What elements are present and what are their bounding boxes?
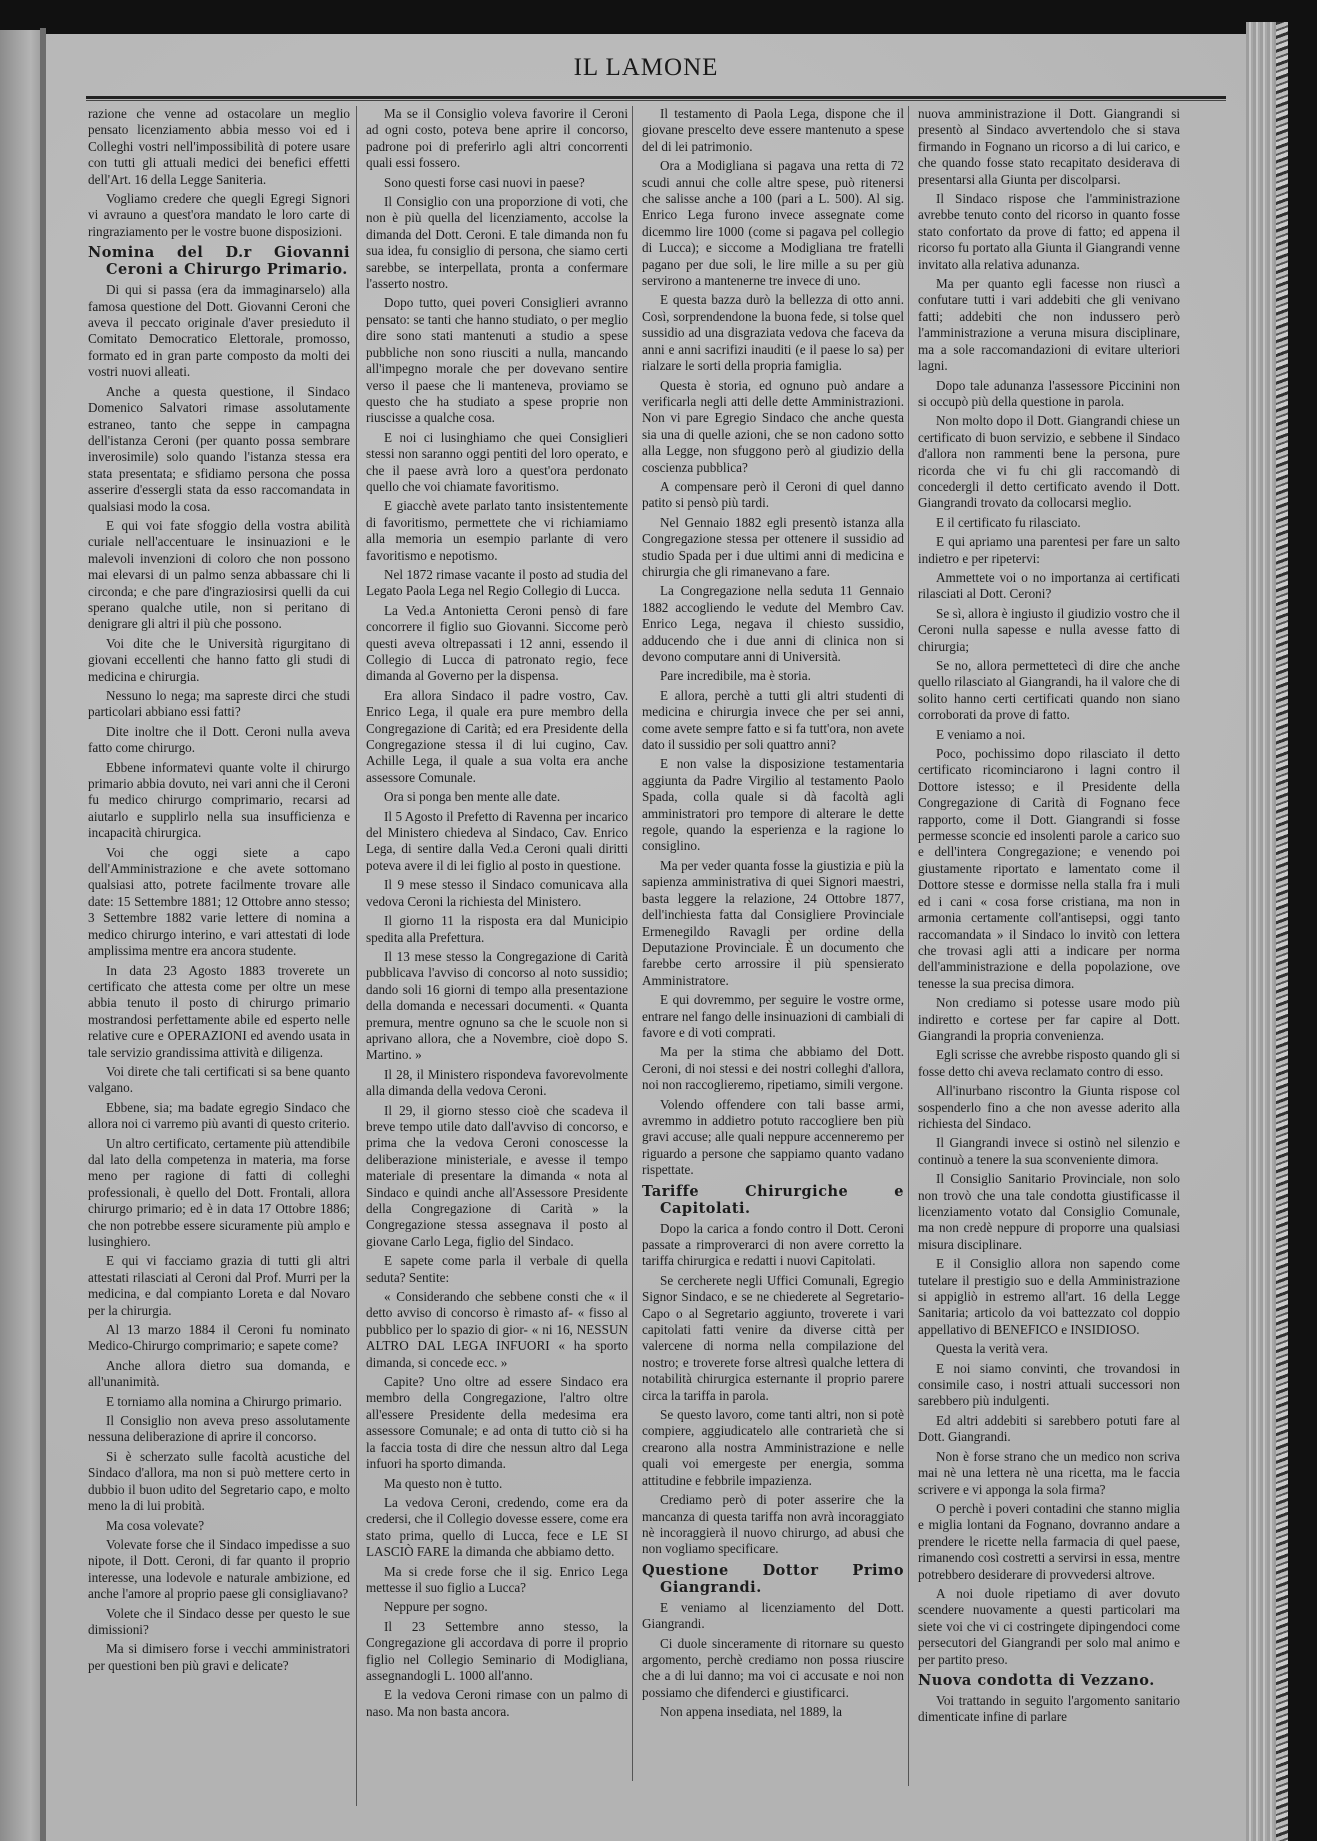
column-divider	[632, 106, 633, 1781]
paragraph: Volendo offendere con tali basse armi, a…	[642, 1097, 904, 1179]
paragraph: Neppure per sogno.	[366, 1599, 628, 1615]
paragraph: In data 23 Agosto 1883 troverete un cert…	[88, 963, 350, 1061]
paragraph: E questa bazza durò la bellezza di otto …	[642, 292, 904, 374]
paragraph: E veniamo al licenziamento del Dott. Gia…	[642, 1600, 904, 1633]
paragraph: Non crediamo si potesse usare modo più i…	[918, 995, 1180, 1044]
paragraph: Ora si ponga ben mente alle date.	[366, 789, 628, 805]
paragraph: razione che venne ad ostacolare un megli…	[88, 106, 350, 188]
paragraph: Di qui si passa (era da immaginarselo) a…	[88, 282, 350, 380]
paragraph: Ora a Modigliana si pagava una retta di …	[642, 158, 904, 289]
section-heading: Nuova condotta di Vezzano.	[918, 1672, 1180, 1689]
column-2: Ma se il Consiglio voleva favorire il Ce…	[366, 106, 628, 1723]
paragraph: Voi trattando in seguito l'argomento san…	[918, 1693, 1180, 1726]
paragraph: All'inurbano riscontro la Giunta rispose…	[918, 1083, 1180, 1132]
facing-page-edge	[0, 30, 44, 1841]
paragraph: Il Consiglio Sanitario Provinciale, non …	[918, 1171, 1180, 1253]
section-heading: Nomina del D.r Giovanni Ceroni a Chirurg…	[88, 244, 350, 278]
paragraph: O perchè i poveri contadini che stanno m…	[918, 1501, 1180, 1583]
paragraph: Ebbene informatevi quante volte il chiru…	[88, 760, 350, 842]
paragraph: Era allora Sindaco il padre vostro, Cav.…	[366, 688, 628, 786]
paragraph: E qui dovremmo, per seguire le vostre or…	[642, 992, 904, 1041]
paragraph: Il testamento di Paola Lega, dispone che…	[642, 106, 904, 155]
paragraph: E giacchè avete parlato tanto insistente…	[366, 498, 628, 564]
paragraph: Ammettete voi o no importanza ai certifi…	[918, 570, 1180, 603]
paragraph: Dite inoltre che il Dott. Ceroni nulla a…	[88, 724, 350, 757]
paragraph: Ma per quanto egli facesse non riuscì a …	[918, 276, 1180, 374]
paragraph: Se questo lavoro, come tanti altri, non …	[642, 1407, 904, 1489]
paragraph: E il Consiglio allora non sapendo come t…	[918, 1256, 1180, 1338]
paragraph: E torniamo alla nomina a Chirurgo primar…	[88, 1394, 350, 1410]
section-heading: Questione Dottor Primo Giangrandi.	[642, 1562, 904, 1596]
marbled-book-edge	[1276, 22, 1288, 1841]
paragraph: Capite? Uno oltre ad essere Sindaco era …	[366, 1374, 628, 1472]
paragraph: E qui vi facciamo grazia di tutti gli al…	[88, 1253, 350, 1319]
paragraph: Nel Gennaio 1882 egli presentò istanza a…	[642, 515, 904, 581]
section-heading: Tariffe Chirurgiche e Capitolati.	[642, 1183, 904, 1217]
paragraph: Il Consiglio con una proporzione di voti…	[366, 194, 628, 292]
paragraph: E sapete come parla il verbale di quella…	[366, 1253, 628, 1286]
paragraph: E non valse la disposizione testamentari…	[642, 756, 904, 854]
masthead-title: IL LAMONE	[46, 54, 1246, 82]
paragraph: Ma si dimisero forse i vecchi amministra…	[88, 1641, 350, 1674]
paragraph: Se no, allora permettetecì di dire che a…	[918, 658, 1180, 724]
newspaper-page: IL LAMONE razione che venne ad ostacolar…	[46, 34, 1246, 1841]
column-1: razione che venne ad ostacolare un megli…	[88, 106, 350, 1677]
paragraph: Questa è storia, ed ognuno può andare a …	[642, 378, 904, 476]
paragraph: Pare incredibile, ma è storia.	[642, 668, 904, 684]
paragraph: E il certificato fu rilasciato.	[918, 515, 1180, 531]
paragraph: Egli scrisse che avrebbe risposto quando…	[918, 1047, 1180, 1080]
paragraph: Se cercherete negli Uffici Comunali, Egr…	[642, 1273, 904, 1404]
paragraph: E noi ci lusinghiamo che quei Consiglier…	[366, 430, 628, 496]
paragraph: La Congregazione nella seduta 11 Gennaio…	[642, 583, 904, 665]
paragraph: Al 13 marzo 1884 il Ceroni fu nominato M…	[88, 1322, 350, 1355]
paragraph: Poco, pochissimo dopo rilasciato il dett…	[918, 746, 1180, 992]
paragraph: Nessuno lo nega; ma sapreste dirci che s…	[88, 688, 350, 721]
paragraph: Se sì, allora è ingiusto il giudizio vos…	[918, 606, 1180, 655]
paragraph: Dopo la carica a fondo contro il Dott. C…	[642, 1221, 904, 1270]
header-rule-thin	[86, 100, 1226, 101]
paragraph: Ma cosa volevate?	[88, 1518, 350, 1534]
paragraph: Volevate forse che il Sindaco impedisse …	[88, 1537, 350, 1603]
paragraph: Ebbene, sia; ma badate egregio Sindaco c…	[88, 1100, 350, 1133]
paragraph: Sono questi forse casi nuovi in paese?	[366, 175, 628, 191]
paragraph: E veniamo a noi.	[918, 727, 1180, 743]
paragraph: E noi siamo convinti, che trovandosi in …	[918, 1361, 1180, 1410]
paragraph: A noi duole ripetiamo di aver dovuto sce…	[918, 1586, 1180, 1668]
paragraph: E allora, perchè a tutti gli altri stude…	[642, 688, 904, 754]
paragraph: « Considerando che sebbene consti che « …	[366, 1289, 628, 1371]
paragraph: Un altro certificato, certamente più att…	[88, 1136, 350, 1251]
paragraph: La Ved.a Antonietta Ceroni pensò di fare…	[366, 603, 628, 685]
column-4: nuova amministrazione il Dott. Giangrand…	[918, 106, 1180, 1729]
paragraph: Il 13 mese stesso la Congregazione di Ca…	[366, 949, 628, 1064]
paragraph: Dopo tutto, quei poveri Consiglieri avra…	[366, 295, 628, 426]
paragraph: Questa la verità vera.	[918, 1341, 1180, 1357]
paragraph: Crediamo però di poter asserire che la m…	[642, 1492, 904, 1558]
paragraph: Il 5 Agosto il Prefetto di Ravenna per i…	[366, 809, 628, 875]
paragraph: Ma questo non è tutto.	[366, 1476, 628, 1492]
paragraph: Ma si crede forse che il sig. Enrico Leg…	[366, 1564, 628, 1597]
paragraph: Si è scherzato sulle facoltà acustiche d…	[88, 1449, 350, 1515]
column-divider	[908, 106, 909, 1786]
paragraph: Il giorno 11 la risposta era dal Municip…	[366, 913, 628, 946]
header-rule	[86, 96, 1226, 99]
paragraph: E la vedova Ceroni rimase con un palmo d…	[366, 1687, 628, 1720]
paragraph: Il 23 Settembre anno stesso, la Congrega…	[366, 1619, 628, 1685]
paragraph: Non appena insediata, nel 1889, la	[642, 1704, 904, 1720]
paragraph: Anche a questa questione, il Sindaco Dom…	[88, 384, 350, 515]
paragraph: Nel 1872 rimase vacante il posto ad stud…	[366, 567, 628, 600]
paragraph: Voi dite che le Università rigurgitano d…	[88, 636, 350, 685]
paragraph: Ci duole sinceramente di ritornare su qu…	[642, 1636, 904, 1702]
paragraph: La vedova Ceroni, credendo, come era da …	[366, 1495, 628, 1561]
paragraph: Dopo tale adunanza l'assessore Piccinini…	[918, 378, 1180, 411]
paragraph: Voi direte che tali certificati si sa be…	[88, 1064, 350, 1097]
paragraph: Non molto dopo il Dott. Giangrandi chies…	[918, 413, 1180, 511]
paragraph: Il Sindaco rispose che l'amministrazione…	[918, 191, 1180, 273]
paragraph: Il Giangrandi invece si ostinò nel silen…	[918, 1135, 1180, 1168]
paragraph: nuova amministrazione il Dott. Giangrand…	[918, 106, 1180, 188]
page-stack-edges	[1246, 22, 1276, 1841]
paragraph: Vogliamo credere che quegli Egregi Signo…	[88, 191, 350, 240]
paragraph: E qui voi fate sfoggio della vostra abil…	[88, 518, 350, 633]
paragraph: Anche allora dietro sua domanda, e all'u…	[88, 1358, 350, 1391]
paragraph: A compensare però il Ceroni di quel dann…	[642, 479, 904, 512]
paragraph: Ed altri addebiti si sarebbero potuti fa…	[918, 1413, 1180, 1446]
paragraph: E qui apriamo una parentesi per fare un …	[918, 534, 1180, 567]
paragraph: Ma per la stima che abbiamo del Dott. Ce…	[642, 1044, 904, 1093]
paragraph: Volete che il Sindaco desse per questo l…	[88, 1606, 350, 1639]
paragraph: Il 29, il giorno stesso cioè che scadeva…	[366, 1103, 628, 1251]
column-divider	[356, 106, 357, 1806]
paragraph: Voi che oggi siete a capo dell'Amministr…	[88, 845, 350, 960]
paragraph: Il 9 mese stesso il Sindaco comunicava a…	[366, 877, 628, 910]
paragraph: Il Consiglio non aveva preso assolutamen…	[88, 1413, 350, 1446]
column-3: Il testamento di Paola Lega, dispone che…	[642, 106, 904, 1724]
paragraph: Il 28, il Ministero rispondeva favorevol…	[366, 1067, 628, 1100]
paragraph: Non è forse strano che un medico non scr…	[918, 1449, 1180, 1498]
paragraph: Ma per veder quanta fosse la giustizia e…	[642, 858, 904, 989]
paragraph: Ma se il Consiglio voleva favorire il Ce…	[366, 106, 628, 172]
